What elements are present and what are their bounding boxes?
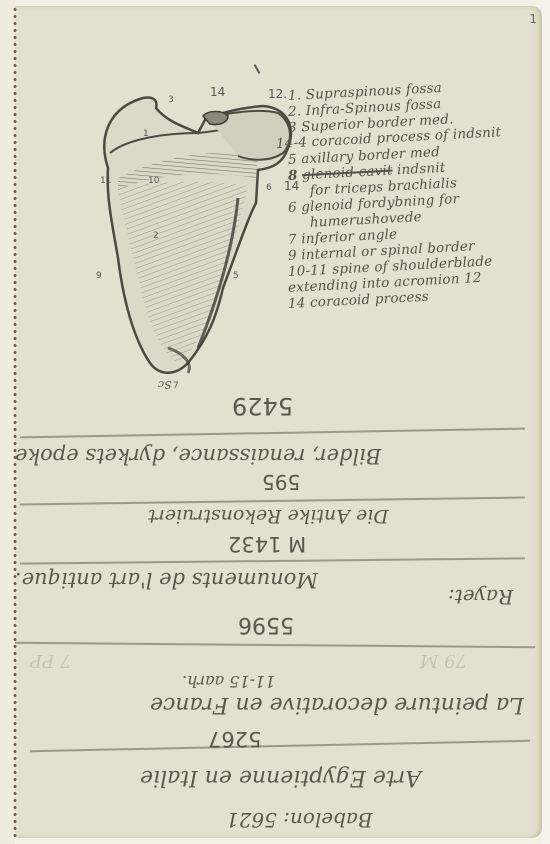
svg-text:7: 7 (173, 381, 179, 391)
inverted-note: La peinture decorative en France (150, 692, 524, 717)
faint-erased-mark: 79 M (420, 650, 467, 671)
svg-text:3: 3 (168, 95, 174, 105)
inverted-number: 5267 (208, 727, 261, 751)
perforated-edge (13, 6, 17, 838)
inverted-note: Die Antike Rekonstruiert (148, 505, 389, 527)
svg-text:9: 9 (96, 271, 102, 281)
inverted-note: 11-15 aarh. (182, 672, 275, 691)
anatomy-legend: 1. Supraspinous fossa 2. Infra-Spinous f… (288, 88, 548, 312)
inverted-note: Bilder, renaissance, dyrkets epoke (15, 444, 381, 468)
scapula-sketch: 3 1 14 12. 11 10 2 9 5 6 14 7 (88, 78, 308, 398)
inverted-number: 595 (262, 470, 300, 494)
page-number: 1 (529, 12, 537, 26)
inverted-note: Arte Egyptienne en Italie (140, 765, 421, 790)
legend-prefix: 8 (288, 168, 298, 184)
svg-text:10: 10 (148, 176, 160, 186)
inverted-number: M 1432 (228, 532, 306, 556)
inverted-number: 5596 (238, 612, 294, 637)
sketch-caption: Sc (158, 378, 172, 391)
svg-text:1: 1 (143, 129, 149, 139)
svg-text:14: 14 (210, 85, 225, 99)
notebook-page: 1 3 1 14 12. 11 10 (0, 0, 550, 844)
svg-text:12.: 12. (268, 87, 287, 101)
inverted-note: Rayet: (448, 585, 513, 609)
svg-text:2: 2 (153, 231, 159, 241)
svg-text:6: 6 (266, 183, 272, 193)
svg-text:5: 5 (233, 271, 239, 281)
inverted-number: 5429 (232, 392, 293, 420)
inverted-note: Babelon: 5621 (226, 808, 373, 832)
svg-text:11: 11 (100, 176, 111, 186)
faint-erased-mark: 7 PP (30, 650, 71, 671)
inverted-note: Monuments de l'art antique. (15, 568, 318, 592)
